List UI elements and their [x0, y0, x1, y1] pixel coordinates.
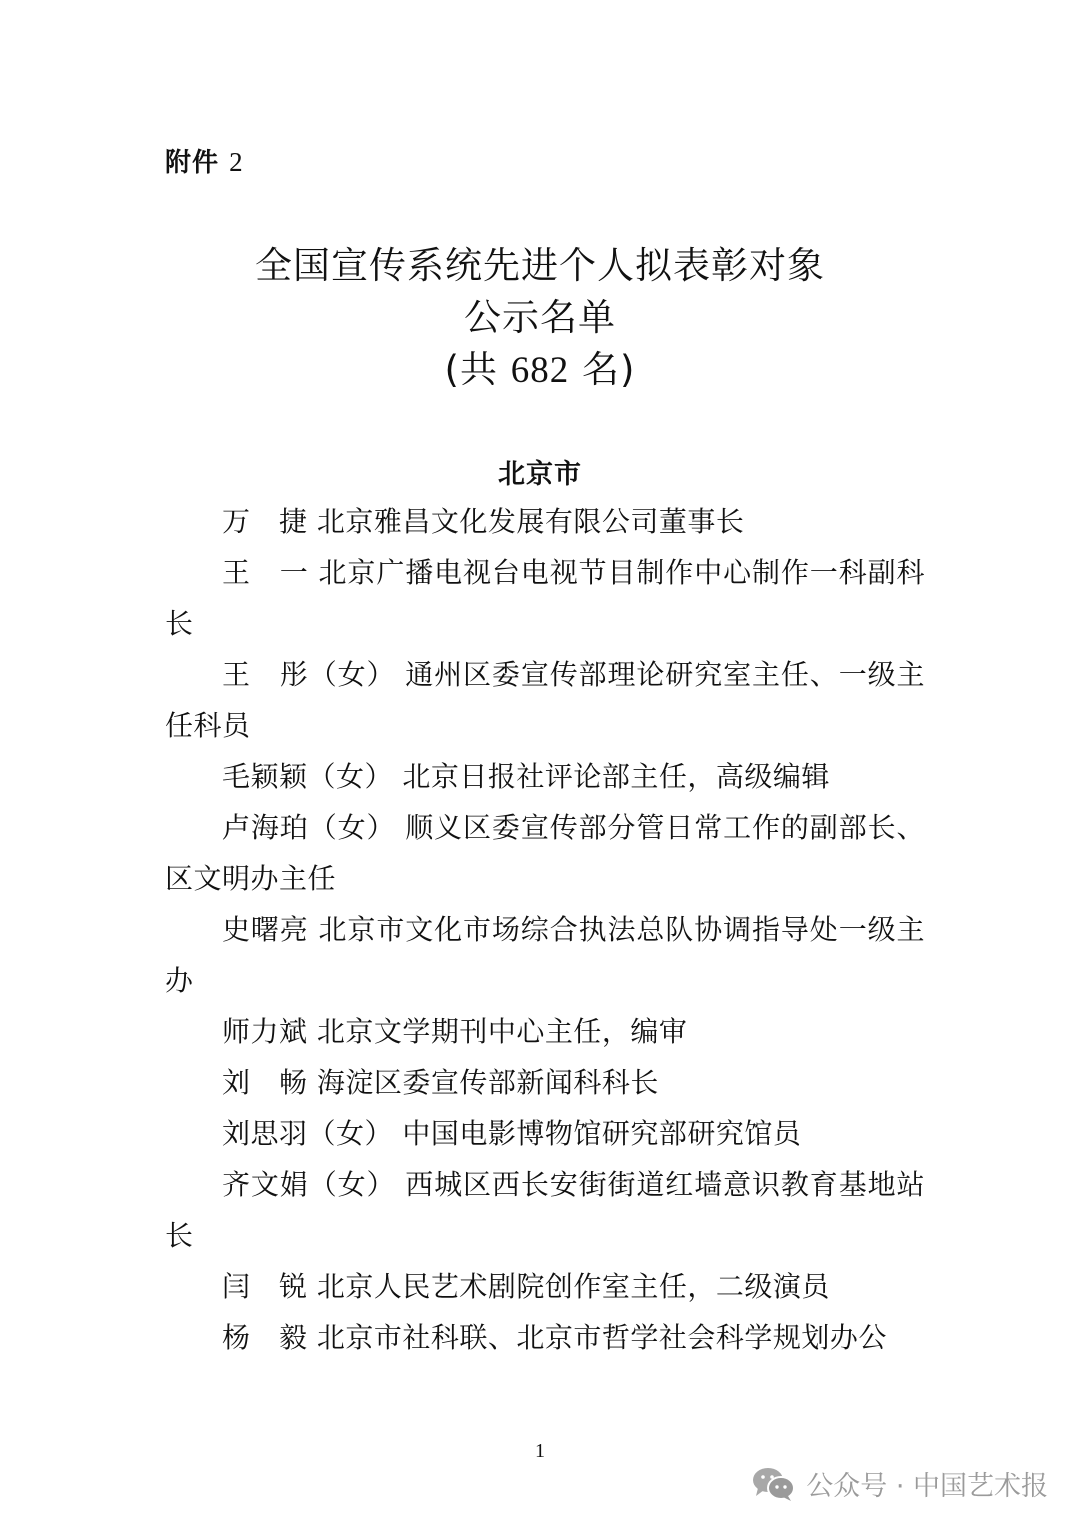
- honoree-name: 万 捷: [222, 505, 308, 538]
- list-item: 王 彤（女） 通州区委宣传部理论研究室主任、一级主任科员: [165, 649, 925, 751]
- watermark: 公众号 · 中国艺术报: [752, 1464, 1048, 1503]
- honoree-list: 万 捷 北京雅昌文化发展有限公司董事长 王 一 北京广播电视台电视节目制作中心制…: [165, 496, 925, 1363]
- honoree-name: 闫 锐: [222, 1270, 308, 1303]
- list-item: 师力斌 北京文学期刊中心主任，编审: [165, 1006, 925, 1057]
- title-count-suffix: 名): [582, 348, 635, 391]
- document-title: 全国宣传系统先进个人拟表彰对象 公示名单 (共 682 名): [0, 240, 1080, 397]
- list-item: 卢海珀（女） 顺义区委宣传部分管日常工作的副部长、区文明办主任: [165, 802, 925, 904]
- honoree-position: 北京市社科联、北京市哲学社会科学规划办公: [317, 1321, 887, 1354]
- wechat-icon: [752, 1466, 796, 1502]
- attachment-label-text: 附件: [165, 148, 219, 178]
- honoree-position: 中国电影博物馆研究部研究馆员: [402, 1117, 801, 1150]
- list-item: 闫 锐 北京人民艺术剧院创作室主任，二级演员: [165, 1261, 925, 1312]
- honoree-name: 杨 毅: [222, 1321, 308, 1354]
- attachment-number: 2: [229, 147, 244, 177]
- list-item: 杨 毅 北京市社科联、北京市哲学社会科学规划办公: [165, 1312, 925, 1363]
- attachment-label: 附件 2: [165, 142, 244, 179]
- list-item: 刘 畅 海淀区委宣传部新闻科科长: [165, 1057, 925, 1108]
- title-count-prefix: (共: [445, 348, 498, 391]
- honoree-position: 海淀区委宣传部新闻科科长: [317, 1066, 659, 1099]
- title-count: (共 682 名): [0, 344, 1080, 397]
- title-count-number: 682: [511, 350, 570, 391]
- honoree-name: 史曙亮: [222, 913, 309, 946]
- list-item: 刘思羽（女） 中国电影博物馆研究部研究馆员: [165, 1108, 925, 1159]
- honoree-position: 北京文学期刊中心主任，编审: [317, 1015, 688, 1048]
- honoree-name: 师力斌: [222, 1015, 308, 1048]
- list-item: 齐文娟（女） 西城区西长安街街道红墙意识教育基地站长: [165, 1159, 925, 1261]
- honoree-name: 刘 畅: [222, 1066, 308, 1099]
- page-number: 1: [0, 1440, 1080, 1463]
- honoree-name: 王 一: [222, 556, 309, 589]
- list-item: 王 一 北京广播电视台电视节目制作中心制作一科副科长: [165, 547, 925, 649]
- honoree-name: 王 彤（女）: [222, 658, 395, 691]
- honoree-name: 卢海珀（女）: [222, 811, 395, 844]
- honoree-name: 毛颖颖（女）: [222, 760, 393, 793]
- list-item: 万 捷 北京雅昌文化发展有限公司董事长: [165, 496, 925, 547]
- region-heading: 北京市: [0, 452, 1080, 491]
- list-item: 毛颖颖（女） 北京日报社评论部主任，高级编辑: [165, 751, 925, 802]
- honoree-name: 齐文娟（女）: [222, 1168, 395, 1201]
- honoree-name: 刘思羽（女）: [222, 1117, 393, 1150]
- watermark-text: 公众号 · 中国艺术报: [806, 1464, 1048, 1503]
- honoree-position: 北京雅昌文化发展有限公司董事长: [317, 505, 745, 538]
- list-item: 史曙亮 北京市文化市场综合执法总队协调指导处一级主办: [165, 904, 925, 1006]
- title-line-1: 全国宣传系统先进个人拟表彰对象: [0, 240, 1080, 292]
- title-line-2: 公示名单: [0, 292, 1080, 344]
- honoree-position: 北京日报社评论部主任，高级编辑: [402, 760, 830, 793]
- honoree-position: 北京人民艺术剧院创作室主任，二级演员: [317, 1270, 830, 1303]
